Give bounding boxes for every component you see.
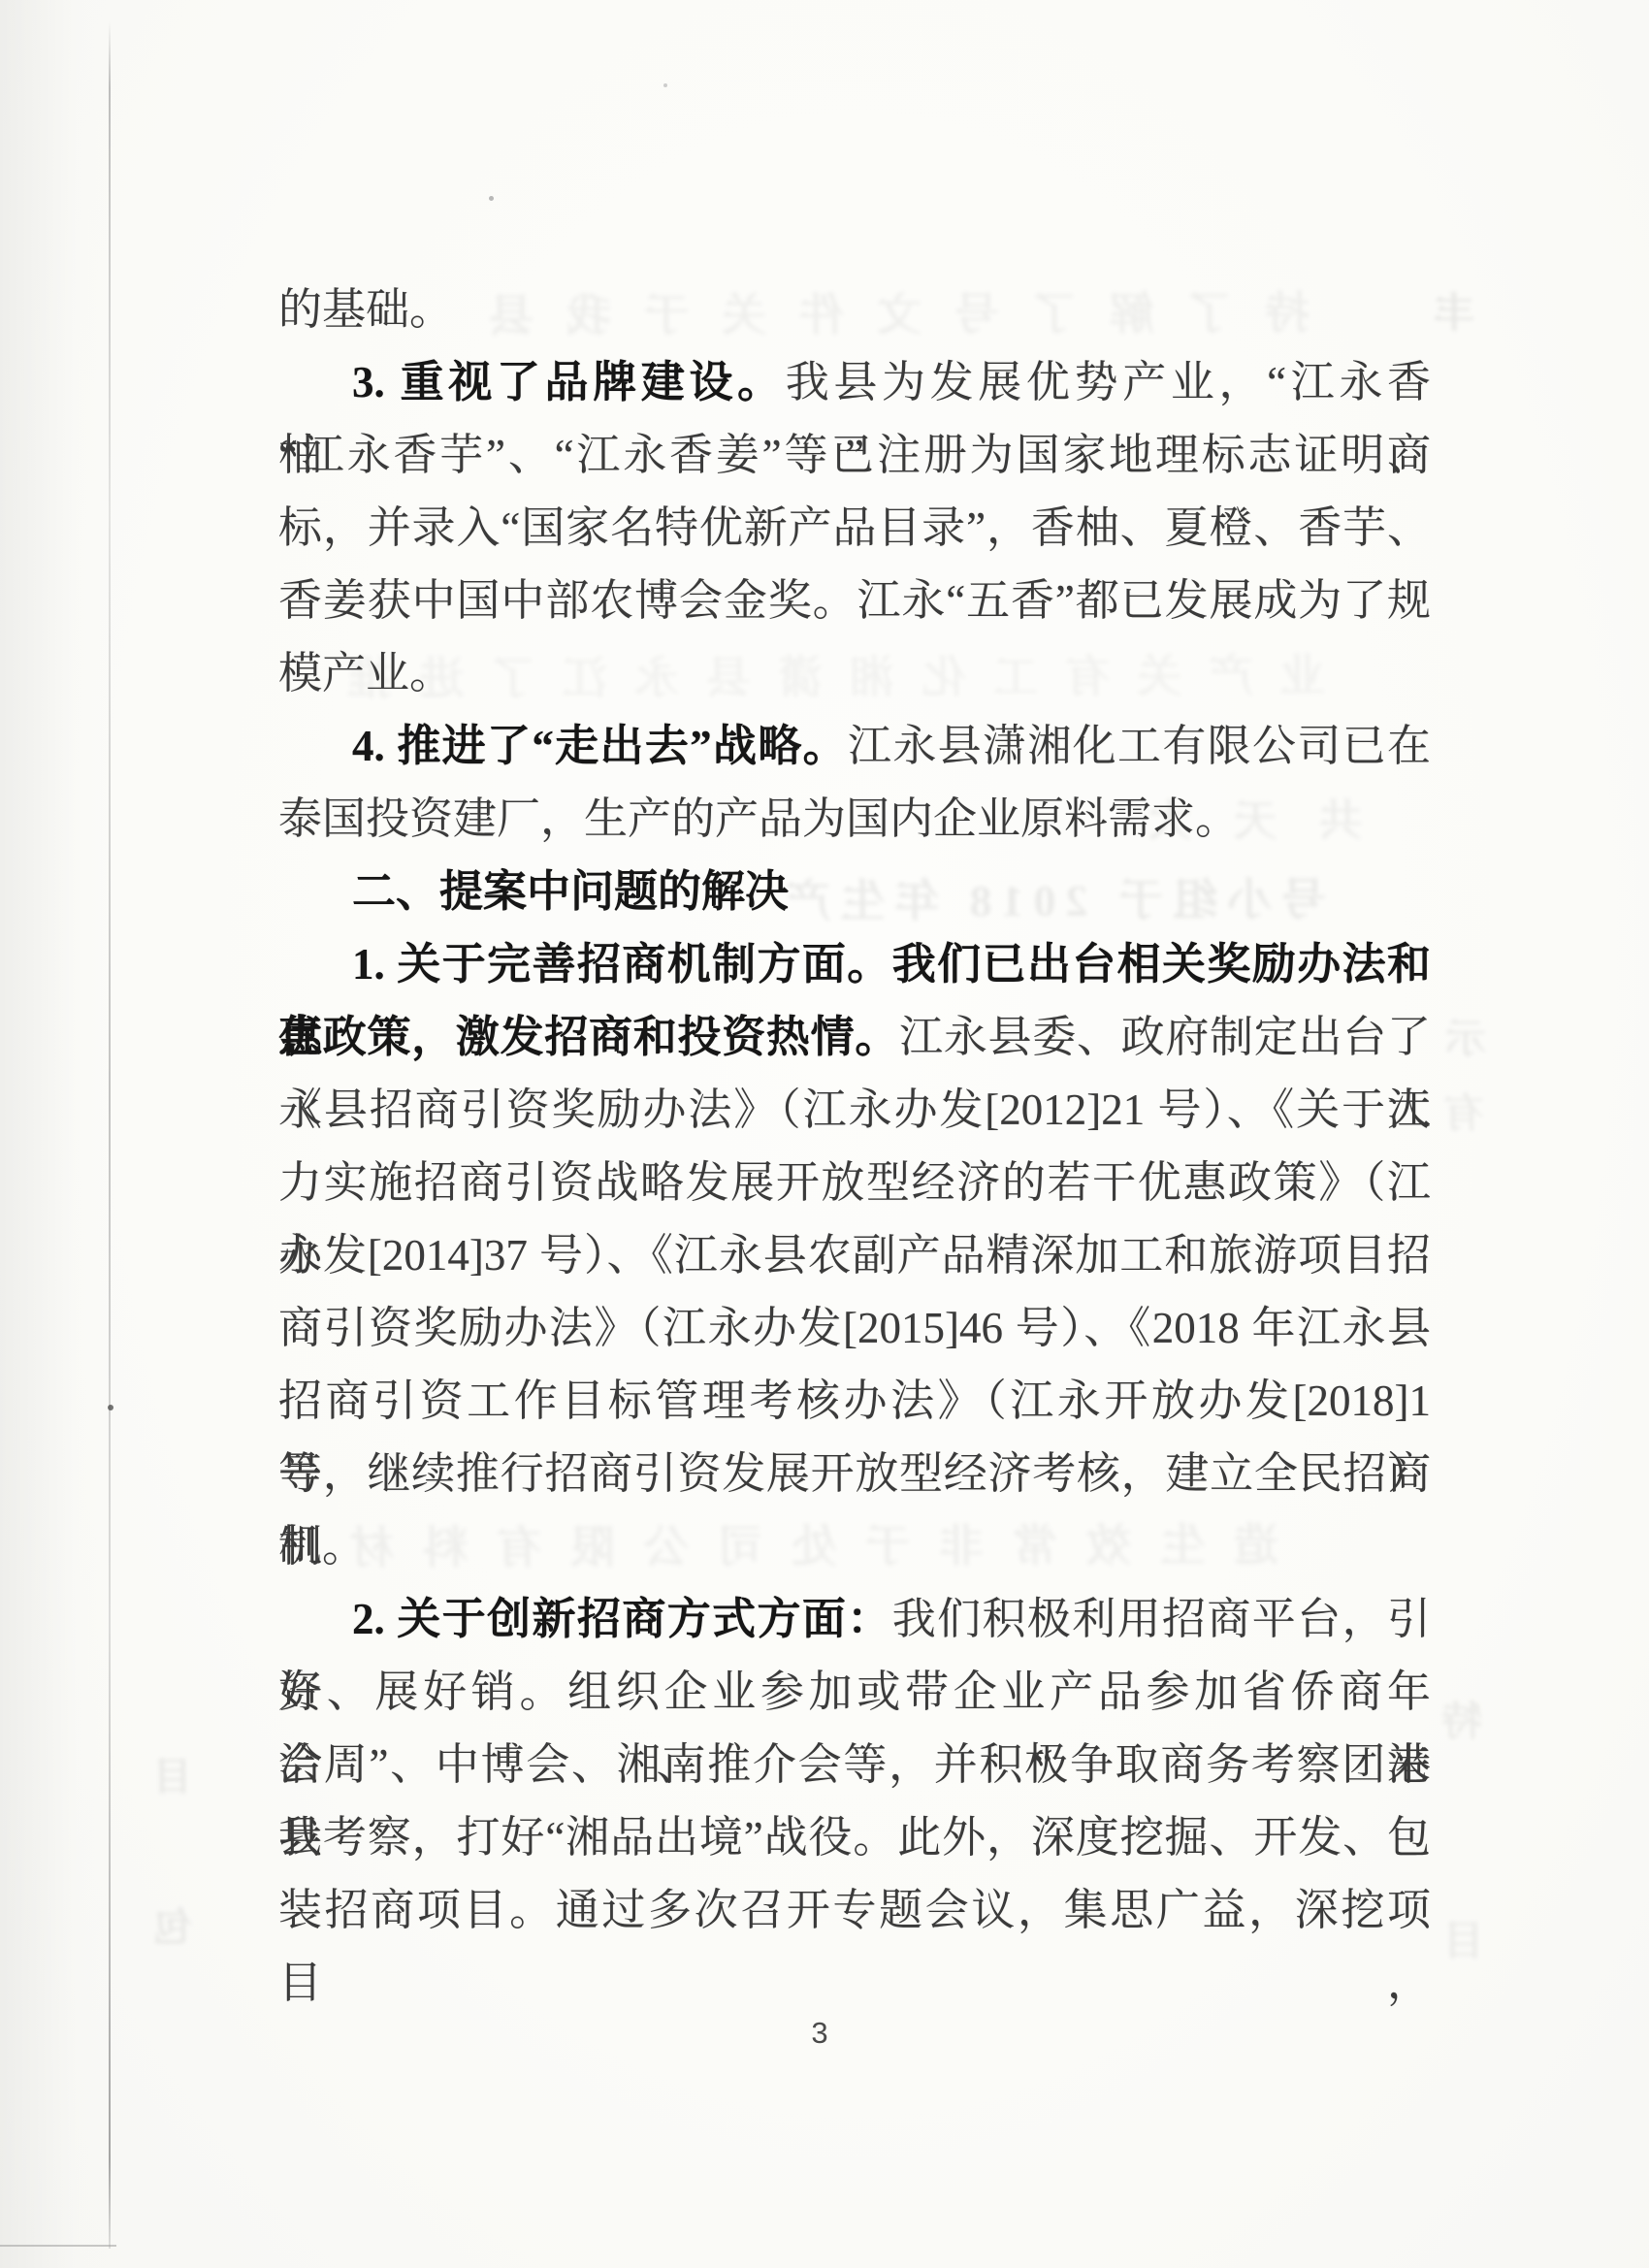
scan-left-margin-shade — [0, 0, 109, 2268]
text-line: 力实施招商引资战略发展开放型经济的若干优惠政策》（江永 — [278, 1147, 1431, 1219]
text-line: 制。 — [278, 1510, 1431, 1583]
text-run: “江永香芋”、“江永香姜”等已注册为国家地理标志证明商 — [278, 431, 1431, 479]
text-line: 洽周”、中博会、湘南推介会等，并积极争取商务考察团来我 — [278, 1729, 1431, 1801]
scan-speck — [663, 83, 667, 87]
text-line: “江永香芋”、“江永香姜”等已注册为国家地理标志证明商 — [278, 419, 1431, 492]
text-run: 县考察，打好“湘品出境”战役。此外，深度挖掘、开发、包 — [278, 1813, 1431, 1862]
text-line: 香姜获中国中部农博会金奖。江永“五香”都已发展成为了规 — [278, 565, 1431, 637]
text-run: 制。 — [278, 1522, 366, 1571]
text-run: 永县招商引资奖励办法》（江永办发[2012]21 号）、《关于大 — [278, 1085, 1431, 1134]
text-line: 4. 推进了“走出去”战略。江永县潇湘化工有限公司已在 — [278, 710, 1431, 783]
text-line: 的基础。 — [278, 274, 1431, 346]
text-line: 二、提案中问题的解决 — [278, 856, 1431, 928]
scan-speck — [489, 196, 494, 201]
bold-text-run: 2. 关于创新招商方式方面： — [352, 1595, 892, 1643]
bleedthrough-text: 示 — [1445, 1007, 1486, 1065]
text-run: 装招商项目。通过多次召开专题会议，集思广益，深挖项目， — [278, 1886, 1431, 2007]
text-line: 招商引资工作目标管理考核办法》（江永开放办发[2018]1 号） — [278, 1365, 1431, 1438]
text-run: 模产业。 — [278, 649, 453, 697]
bold-text-run: 惠政策，激发招商和投资热情。 — [278, 1013, 899, 1061]
text-line: 泰国投资建厂，生产的产品为国内企业原料需求。 — [278, 783, 1431, 856]
text-line: 2. 关于创新招商方式方面：我们积极利用招商平台，引好 — [278, 1583, 1431, 1656]
page-edge-line — [0, 2245, 116, 2247]
text-line: 永县招商引资奖励办法》（江永办发[2012]21 号）、《关于大 — [278, 1074, 1431, 1147]
document-body: 的基础。3. 重视了品牌建设。我县为发展优势产业，“江永香柚”、“江永香芋”、“… — [278, 274, 1431, 1947]
bold-text-run: 4. 推进了“走出去”战略。 — [352, 722, 848, 770]
text-run: 泰国投资建厂，生产的产品为国内企业原料需求。 — [278, 794, 1239, 843]
text-line: 商引资奖励办法》（江永办发[2015]46 号）、《2018 年江永县 — [278, 1292, 1431, 1365]
bleedthrough-text: 有 — [1443, 1082, 1484, 1140]
bold-text-run: 3. 重视了品牌建设。 — [352, 358, 786, 406]
bleedthrough-text: 特 — [1441, 1690, 1482, 1748]
bleedthrough-text: 包 — [153, 1896, 192, 1952]
text-line: 等，继续推行招商引资发展开放型经济考核，建立全民招商机 — [278, 1438, 1431, 1510]
text-run: 办发[2014]37 号）、《江永县农副产品精深加工和旅游项目招 — [278, 1231, 1431, 1280]
text-line: 1. 关于完善招商机制方面。我们已出台相关奖励办法和优 — [278, 928, 1431, 1001]
bleedthrough-text: 目 — [153, 1746, 192, 1801]
text-line: 惠政策，激发招商和投资热情。江永县委、政府制定出台了《江 — [278, 1001, 1431, 1074]
text-run: 的基础。 — [278, 285, 453, 334]
text-line: 模产业。 — [278, 637, 1431, 710]
text-run: 香姜获中国中部农博会金奖。江永“五香”都已发展成为了规 — [278, 576, 1431, 625]
text-run: 商引资奖励办法》（江永办发[2015]46 号）、《2018 年江永县 — [278, 1304, 1431, 1352]
text-line: 3. 重视了品牌建设。我县为发展优势产业，“江永香柚”、 — [278, 346, 1431, 419]
bleedthrough-text: 目 — [1443, 1909, 1484, 1967]
text-line: 装招商项目。通过多次召开专题会议，集思广益，深挖项目， — [278, 1874, 1431, 1947]
text-run: 江永县潇湘化工有限公司已在 — [848, 722, 1431, 770]
page-number: 3 — [811, 2016, 827, 2051]
text-line: 标，并录入“国家名特优新产品目录”，香柚、夏橙、香芋、 — [278, 492, 1431, 565]
text-line: 县考察，打好“湘品出境”战役。此外，深度挖掘、开发、包 — [278, 1801, 1431, 1874]
text-run: 标，并录入“国家名特优新产品目录”，香柚、夏橙、香芋、 — [278, 503, 1431, 552]
bleedthrough-text: 丰 — [1434, 281, 1474, 340]
text-line: 办发[2014]37 号）、《江永县农副产品精深加工和旅游项目招 — [278, 1219, 1431, 1292]
bold-text-run: 二、提案中问题的解决 — [352, 867, 789, 916]
scanned-page: 持了解了号文件关于我县业产关有工化湘潇县永江了进推共天大号小组于 2018 年生… — [0, 0, 1649, 2268]
text-line: 资、展好销。组织企业参加或带企业产品参加省侨商年会、“港 — [278, 1656, 1431, 1729]
scan-speck — [108, 1405, 113, 1410]
page-crease-line — [109, 21, 111, 2249]
